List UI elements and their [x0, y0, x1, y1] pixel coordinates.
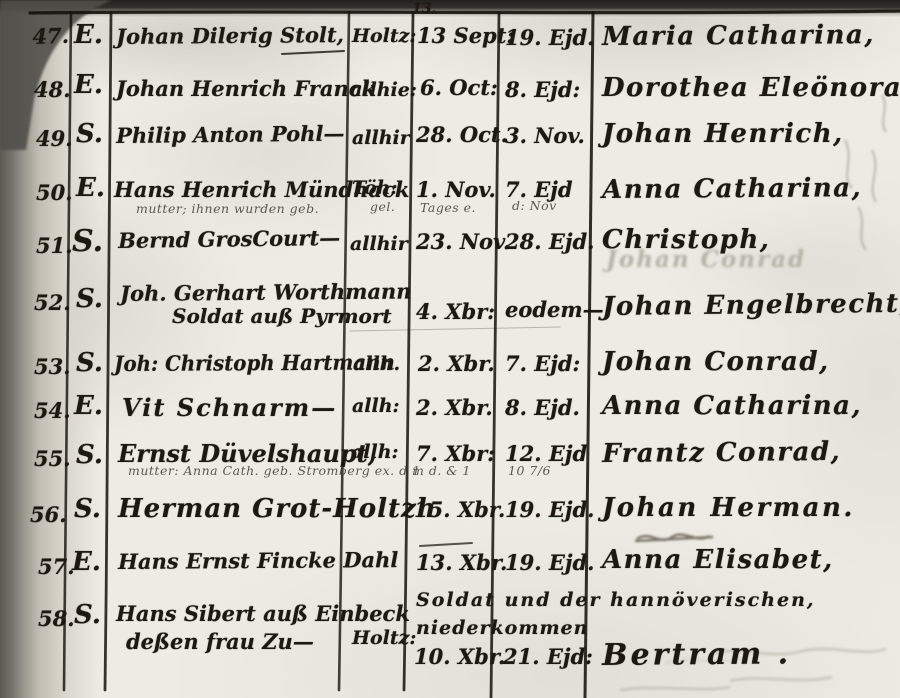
child-name: Johan Henrich,: [602, 119, 844, 149]
row-number: 58.: [38, 606, 75, 631]
birth-date: 10. Xbr.: [414, 644, 505, 669]
father-name: Bernd GrosCourt—: [118, 225, 340, 253]
birth-date: 28. Oct.: [416, 122, 508, 147]
row-number: 50.: [36, 180, 73, 205]
register-page: Johan Conrad 13. 47. E. Johan Dilerig St…: [0, 0, 900, 698]
father-name: Johan Henrich Franck: [116, 76, 376, 101]
residence: Holtz:: [352, 627, 416, 649]
row-number: 55.: [34, 446, 71, 471]
child-name: Johan Herman.: [602, 493, 855, 523]
father-name: Johan Dilerig Stolt,: [116, 22, 344, 49]
birth-date: 2. Xbr.: [416, 395, 493, 420]
child-name: Maria Catharina,: [602, 20, 875, 52]
row-number: 47.: [32, 23, 69, 49]
row-number: 49.: [36, 126, 73, 151]
father-name: Joh. Gerhart Worthmann: [120, 278, 412, 306]
baptism-date: 7. Ejd:: [505, 351, 580, 376]
baptism-date: 21. Ejd:: [503, 644, 593, 669]
birth-date: 13. Xbr.: [416, 550, 507, 575]
baptism-date-note: 10 7/6: [508, 463, 551, 478]
child-name: Dorothea Eleönora,: [602, 73, 900, 103]
baptism-date: 3. Nov.: [505, 123, 585, 148]
residence-note: gel.: [370, 199, 395, 214]
row-number: 53.: [34, 354, 71, 379]
residence: allh:: [351, 441, 399, 463]
birth-date-note: m d. & 1: [412, 463, 471, 478]
row-number: 52.: [34, 290, 71, 315]
baptism-date: 8. Ejd.: [505, 395, 580, 420]
child-name: Bertram .: [602, 636, 791, 673]
child-name: Johan Engelbrecht,: [602, 289, 900, 322]
birth-date: 1. Nov.: [416, 177, 496, 202]
baptism-date: 28. Ejd.: [505, 229, 594, 254]
child-name: Anna Elisabet,: [602, 545, 834, 575]
child-sex-tag: E.: [72, 547, 101, 577]
row-number: 57.: [38, 554, 75, 579]
child-name: Anna Catharina,: [602, 391, 862, 421]
baptism-date: 19. Ejd.: [505, 25, 594, 50]
birth-date: 15. Xbr.: [414, 497, 505, 522]
father-name-line2: deßen frau Zu—: [126, 629, 314, 654]
child-sex-tag: S.: [76, 440, 103, 470]
father-name-line2: Soldat auß Pyrmort: [172, 304, 392, 328]
row-number: 51.: [36, 233, 73, 258]
baptism-date-note: d: Nov: [512, 198, 557, 213]
baptism-date: 19. Ejd.: [505, 497, 594, 522]
child-sex-tag: S.: [74, 494, 101, 524]
residence: Töh:: [352, 177, 397, 199]
birth-date: 23. Nov.: [416, 229, 510, 254]
father-name: Hans Sibert auß Einbeck: [116, 601, 410, 626]
marginal-note: mutter; ihnen wurden geb.: [136, 201, 319, 216]
residence: allh.: [353, 353, 400, 375]
baptism-date: eodem—: [505, 297, 604, 322]
father-name: Philip Anton Pohl—: [116, 121, 345, 148]
father-name: Herman Grot-Holtzh: [118, 494, 437, 524]
child-sex-tag: S.: [76, 119, 103, 149]
birth-date: 6. Oct:: [420, 75, 498, 100]
child-name: Johan Conrad,: [602, 347, 830, 377]
child-sex-tag: S.: [72, 224, 103, 259]
row-number: 56.: [30, 502, 67, 527]
child-sex-tag: S.: [74, 600, 101, 630]
child-sex-tag: E.: [76, 173, 105, 203]
father-name: Vit Schnarm—: [122, 393, 337, 422]
birth-date: 13 Sept:: [417, 23, 514, 48]
child-name: Anna Catharina,: [602, 173, 862, 205]
baptism-date: 8. Ejd:: [505, 77, 580, 102]
residence: allh:: [352, 395, 400, 417]
child-sex-tag: E.: [74, 70, 103, 100]
child-sex-tag: E.: [74, 20, 103, 50]
marginal-note: mutter: Anna Cath. geb. Stromberg ex. d …: [128, 463, 421, 478]
father-name: Hans Ernst Fincke Dahl: [118, 547, 398, 574]
residence: allhie:: [350, 79, 417, 101]
child-sex-tag: E.: [74, 391, 103, 421]
child-sex-tag: S.: [76, 348, 103, 378]
note-line2: niederkommen: [416, 617, 588, 639]
row-number: 54.: [34, 398, 71, 423]
residence: allhir: [352, 127, 410, 149]
date-correction-note: 13.: [412, 1, 436, 17]
birth-date: 2. Xbr.: [418, 351, 495, 376]
child-sex-tag: S.: [76, 284, 103, 314]
child-name: Frantz Conrad,: [602, 437, 841, 469]
birth-date-note: Tages e.: [420, 200, 476, 215]
child-name: Christoph,: [602, 225, 770, 255]
residence: Holtz:: [352, 25, 416, 47]
baptism-date: 19. Ejd.: [505, 550, 594, 575]
note-line1: Soldat und der hannöverischen,: [416, 589, 816, 611]
row-number: 48.: [34, 77, 71, 102]
residence: allhir: [350, 233, 408, 255]
birth-date: 4. Xbr:: [416, 299, 495, 324]
